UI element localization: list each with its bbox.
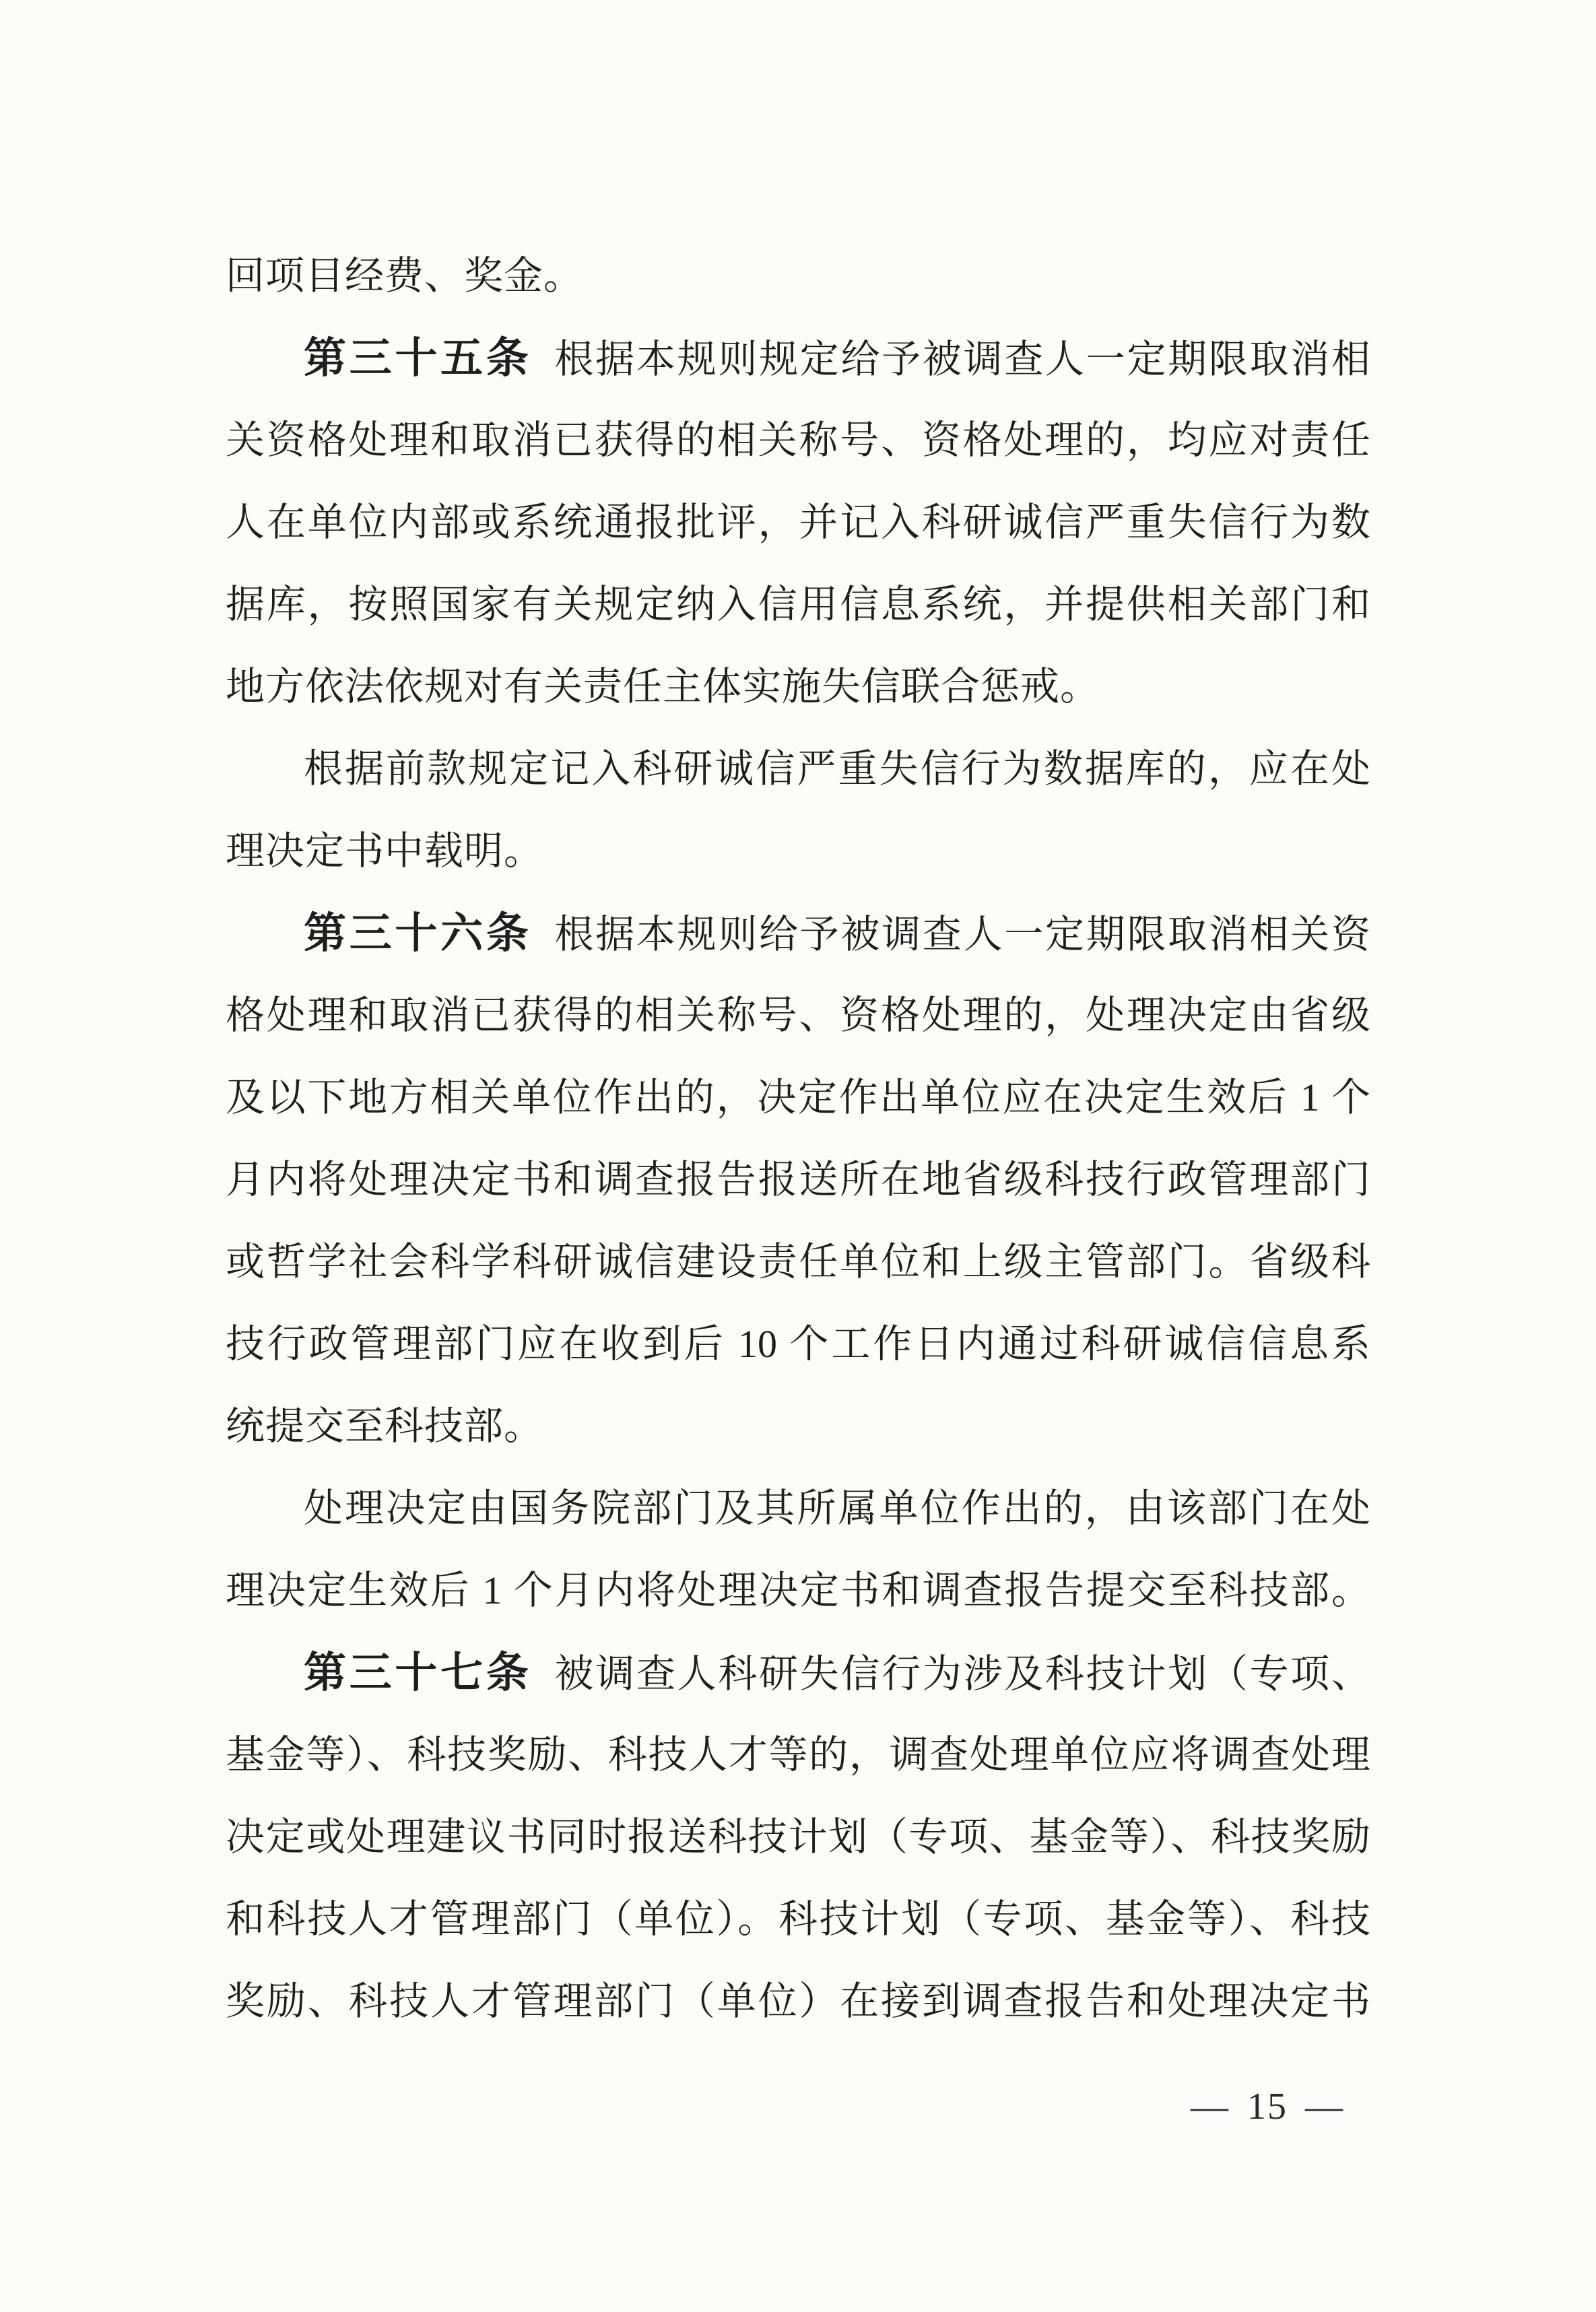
text-line: 第三十七条被调查人科研失信行为涉及科技计划（专项、 — [226, 1632, 1370, 1714]
line-text: 被调查人科研失信行为涉及科技计划（专项、 — [555, 1652, 1370, 1696]
text-line: 及以下地方相关单位作出的，决定作出单位应在决定生效后 1 个 — [226, 1057, 1370, 1139]
text-line: 第三十六条根据本规则给予被调查人一定期限取消相关资 — [226, 892, 1370, 975]
line-text: 根据本规则给予被调查人一定期限取消相关资 — [555, 913, 1370, 956]
page-number: — 15 — — [1191, 2080, 1344, 2134]
text-line: 理决定生效后 1 个月内将处理决定书和调查报告提交至科技部。 — [226, 1550, 1370, 1632]
article-number: 第三十七条 — [304, 1649, 532, 1696]
text-line: 第三十五条根据本规则规定给予被调查人一定期限取消相 — [226, 317, 1370, 399]
article-number: 第三十五条 — [304, 335, 532, 382]
article-number: 第三十六条 — [304, 910, 532, 957]
text-line: 奖励、科技人才管理部门（单位）在接到调查报告和处理决定书 — [226, 1960, 1370, 2043]
text-block: 回项目经费、奖金。 第三十五条根据本规则规定给予被调查人一定期限取消相 关资格处… — [226, 235, 1370, 2043]
text-line: 回项目经费、奖金。 — [226, 235, 1370, 317]
text-line: 基金等）、科技奖励、科技人才等的，调查处理单位应将调查处理 — [226, 1714, 1370, 1796]
line-text: 根据本规则规定给予被调查人一定期限取消相 — [555, 337, 1370, 381]
text-line: 或哲学社会科学科研诚信建设责任单位和上级主管部门。省级科 — [226, 1221, 1370, 1303]
text-line: 理决定书中载明。 — [226, 810, 1370, 892]
text-line: 月内将处理决定书和调查报告报送所在地省级科技行政管理部门 — [226, 1139, 1370, 1221]
text-line: 统提交至科技部。 — [226, 1385, 1370, 1467]
document-page: 回项目经费、奖金。 第三十五条根据本规则规定给予被调查人一定期限取消相 关资格处… — [0, 0, 1596, 2312]
text-line: 地方依法依规对有关责任主体实施失信联合惩戒。 — [226, 646, 1370, 728]
text-line: 决定或处理建议书同时报送科技计划（专项、基金等）、科技奖励 — [226, 1796, 1370, 1878]
text-line: 根据前款规定记入科研诚信严重失信行为数据库的，应在处 — [226, 728, 1370, 810]
text-line: 人在单位内部或系统通报批评，并记入科研诚信严重失信行为数 — [226, 482, 1370, 564]
text-line: 格处理和取消已获得的相关称号、资格处理的，处理决定由省级 — [226, 975, 1370, 1057]
text-line: 处理决定由国务院部门及其所属单位作出的，由该部门在处 — [226, 1467, 1370, 1550]
text-line: 关资格处理和取消已获得的相关称号、资格处理的，均应对责任 — [226, 399, 1370, 482]
text-line: 技行政管理部门应在收到后 10 个工作日内通过科研诚信信息系 — [226, 1303, 1370, 1385]
text-line: 据库，按照国家有关规定纳入信用信息系统，并提供相关部门和 — [226, 564, 1370, 646]
text-line: 和科技人才管理部门（单位）。科技计划（专项、基金等）、科技 — [226, 1878, 1370, 1960]
